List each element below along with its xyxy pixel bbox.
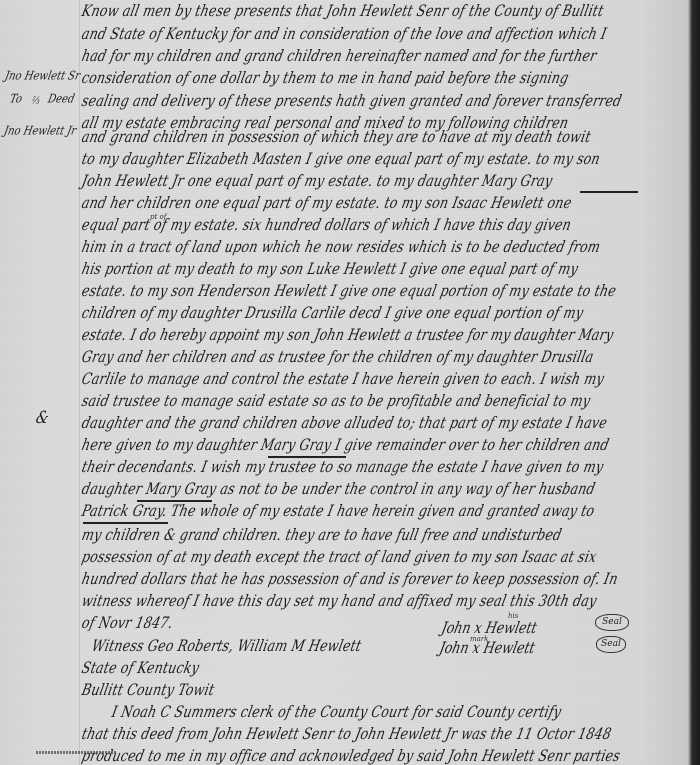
- deed-line-7: and grand children in possession of whic…: [80, 129, 592, 145]
- signature-grantor-2: John x Hewlett: [438, 638, 537, 657]
- deed-line-13: his portion at my death to my son Luke H…: [80, 261, 579, 277]
- deed-line-9: John Hewlett Jr one equal part of my est…: [80, 173, 554, 189]
- underline-mary-gray-1: [580, 191, 638, 193]
- certificate-county: Bullitt County Towit: [80, 682, 215, 698]
- margin-note-grantor: Jno Hewlett Sr: [4, 70, 82, 83]
- seal-2: Seal: [596, 636, 626, 653]
- deed-line-16: estate. I do hereby appoint my son John …: [80, 327, 615, 343]
- margin-rule: [79, 0, 80, 765]
- certificate-state: State of Kentucky: [80, 660, 200, 676]
- margin-note-to: To: [9, 93, 24, 106]
- deed-line-2: and State of Kentucky for and in conside…: [80, 26, 608, 42]
- deed-line-8: to my daughter Elizabeth Masten I give o…: [80, 151, 601, 167]
- deed-line-3: had for my children and grand children h…: [80, 48, 598, 64]
- deed-line-27: hundred dollars that he has possession o…: [80, 571, 619, 587]
- deed-line-23: daughter Mary Gray as not to be under th…: [80, 481, 596, 497]
- deed-line-14: estate. to my son Henderson Hewlett I gi…: [80, 283, 617, 299]
- deed-line-5: sealing and delivery of these presents h…: [80, 93, 623, 109]
- interlineation-pt-of: pt of: [150, 213, 166, 221]
- margin-note-deed: Deed: [47, 93, 76, 106]
- certificate-line-2: that this deed from John Hewlett Senr to…: [80, 726, 612, 742]
- deed-line-4: consideration of one dollar by them to m…: [80, 70, 570, 86]
- deed-line-21: here given to my daughter Mary Gray I gi…: [80, 437, 610, 453]
- deed-line-10: and her children one equal part of my es…: [80, 195, 573, 211]
- deed-line-12: him in a tract of land upon which he now…: [80, 239, 601, 255]
- deed-line-26: possession of at my death except the tra…: [80, 549, 598, 565]
- deed-line-24: Patrick Gray. The whole of my estate I h…: [80, 503, 596, 519]
- deed-line-28: witness whereof I have this day set my h…: [80, 593, 598, 609]
- seal-1: Seal: [595, 614, 629, 631]
- deed-line-18: Carlile to manage and control the estate…: [80, 371, 605, 387]
- deed-line-25: my children & grand children. they are t…: [80, 527, 563, 543]
- underline-patrick-gray: [83, 522, 168, 524]
- margin-note-grantee: Jno Hewlett Jr: [3, 125, 78, 138]
- deed-line-17: Gray and her children and as trustee for…: [80, 349, 595, 365]
- scanned-deed-page: Jno Hewlett Sr To ⅔ Deed Jno Hewlett Jr …: [0, 0, 700, 765]
- margin-note-ampersand: &: [34, 408, 51, 427]
- margin-note-fraction: ⅔: [31, 95, 41, 106]
- deed-line-20: daughter and the grand children above al…: [80, 415, 608, 431]
- certificate-line-3: produced to me in my office and acknowle…: [80, 748, 621, 764]
- certificate-line-1: I Noah C Summers clerk of the County Cou…: [110, 704, 562, 720]
- deed-line-19b: said trustee to manage said estate so as…: [80, 393, 591, 409]
- deed-line-15: children of my daughter Drusilla Carlile…: [80, 305, 584, 321]
- signature-grantor-1: John x Hewlett: [440, 618, 539, 637]
- deed-line-22: their decendants. I wish my trustee to s…: [80, 459, 605, 475]
- witness-line: Witness Geo Roberts, William M Hewlett: [90, 638, 362, 654]
- end-flourish: [36, 751, 116, 754]
- deed-line-1: Know all men by these presents that John…: [80, 3, 605, 19]
- deed-line-29: of Novr 1847.: [80, 615, 174, 631]
